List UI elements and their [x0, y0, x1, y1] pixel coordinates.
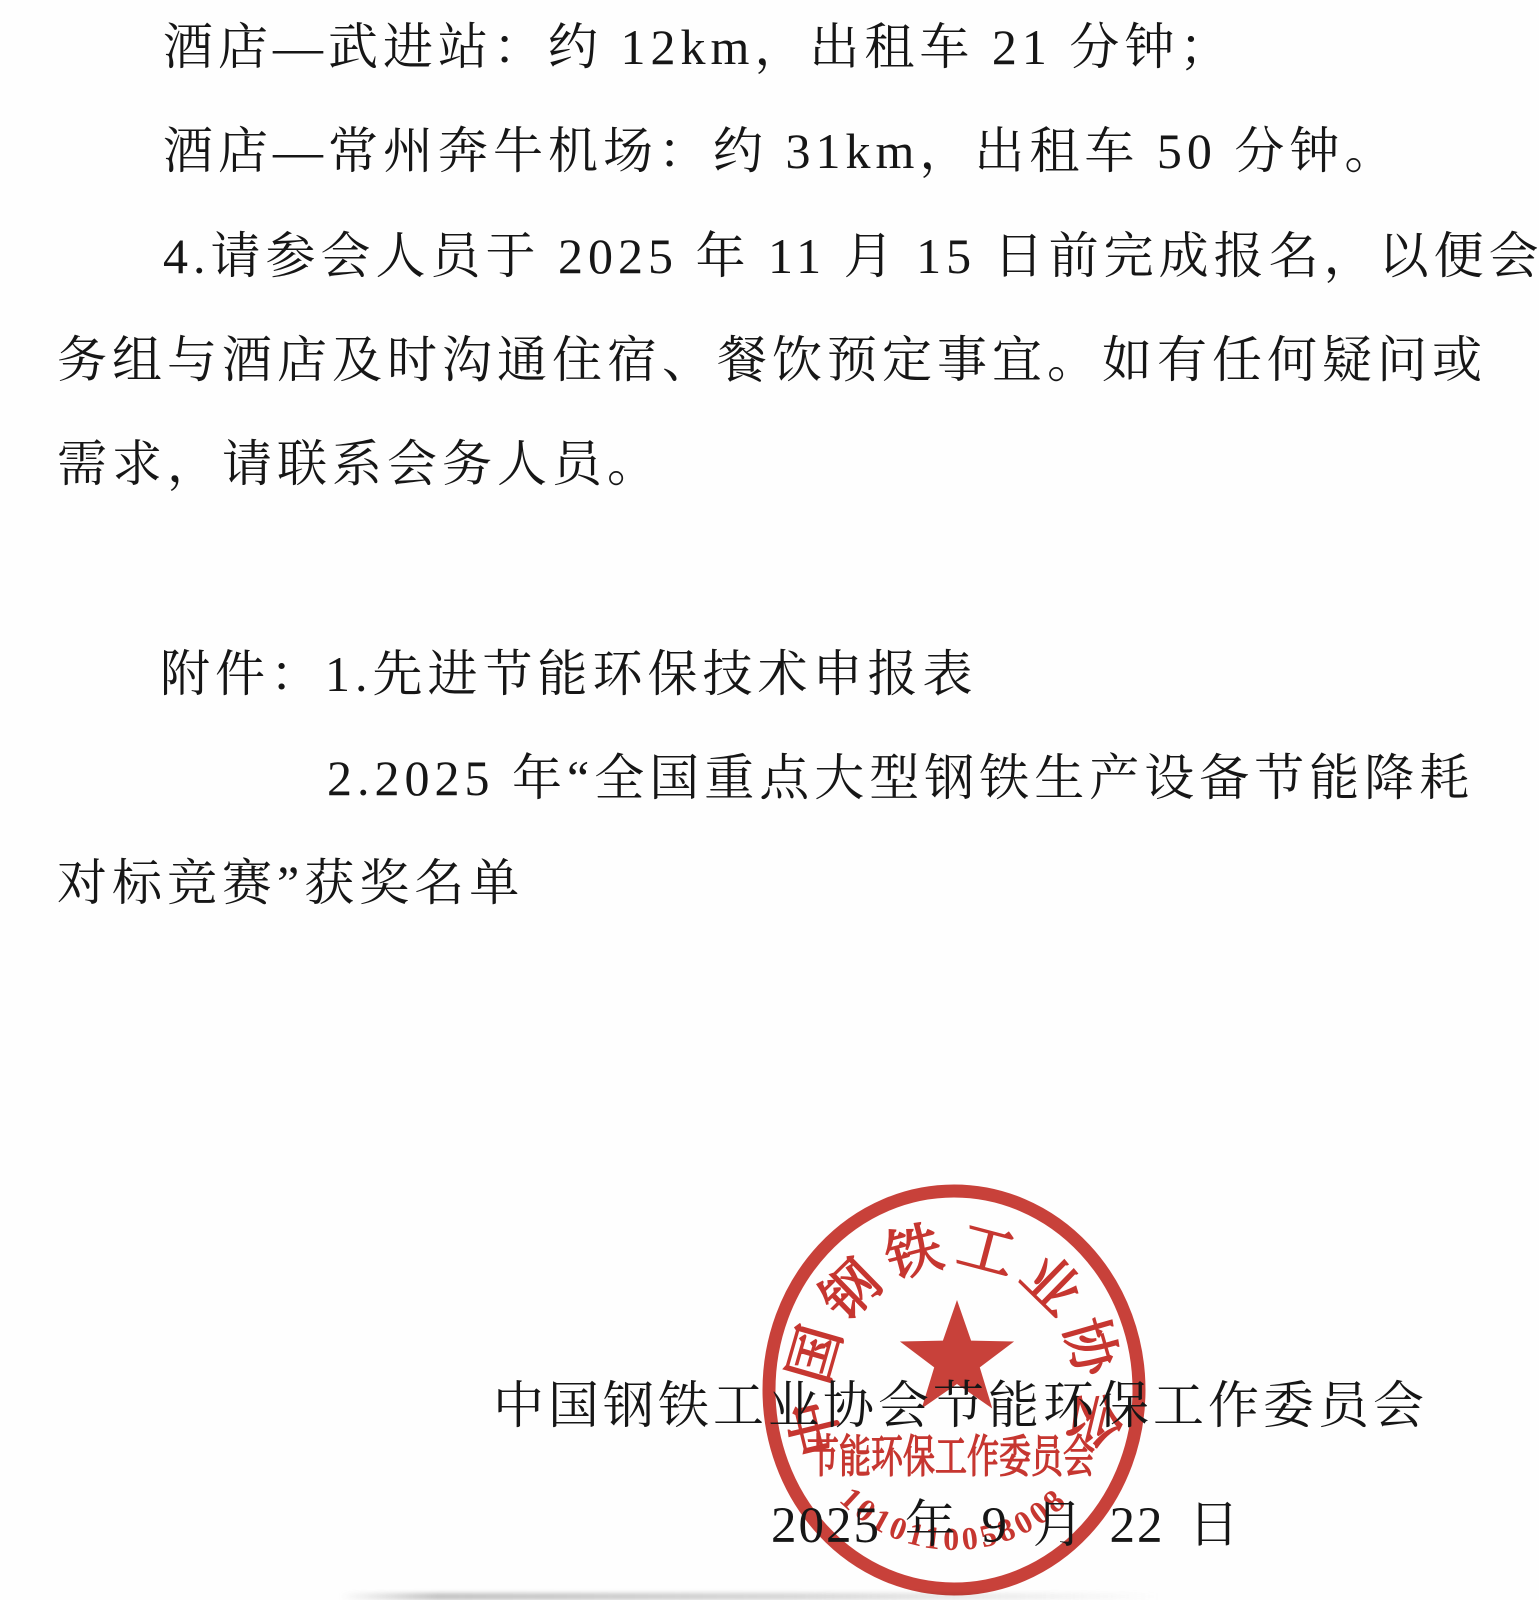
- seal-inner-text: 节能环保工作委员会: [807, 1432, 1095, 1482]
- body-line-registration-3: 需求，请联系会务人员。: [57, 437, 662, 492]
- body-line-hotel-airport: 酒店—常州奔牛机场：约 31km，出租车 50 分钟。: [163, 124, 1399, 179]
- attachment-line-2: 2.2025 年“全国重点大型钢铁生产设备节能降耗: [327, 751, 1474, 806]
- body-line-registration-1: 4.请参会人员于 2025 年 11 月 15 日前完成报名，以便会: [163, 229, 1539, 284]
- body-line-hotel-wujin: 酒店—武进站：约 12km，出租车 21 分钟；: [163, 20, 1234, 75]
- body-line-registration-2: 务组与酒店及时沟通住宿、餐饮预定事宜。如有任何疑问或: [57, 333, 1487, 388]
- signature-organization: 中国钢铁工业协会节能环保工作委员会: [493, 1364, 1428, 1438]
- signature-date: 2025 年 9 月 22 日: [771, 1483, 1241, 1557]
- document-page: 酒店—武进站：约 12km，出租车 21 分钟； 酒店—常州奔牛机场：约 31k…: [0, 0, 1539, 1600]
- attachment-line-2-cont: 对标竞赛”获奖名单: [57, 856, 524, 911]
- attachment-line-1: 附件：1.先进节能环保技术申报表: [160, 647, 978, 702]
